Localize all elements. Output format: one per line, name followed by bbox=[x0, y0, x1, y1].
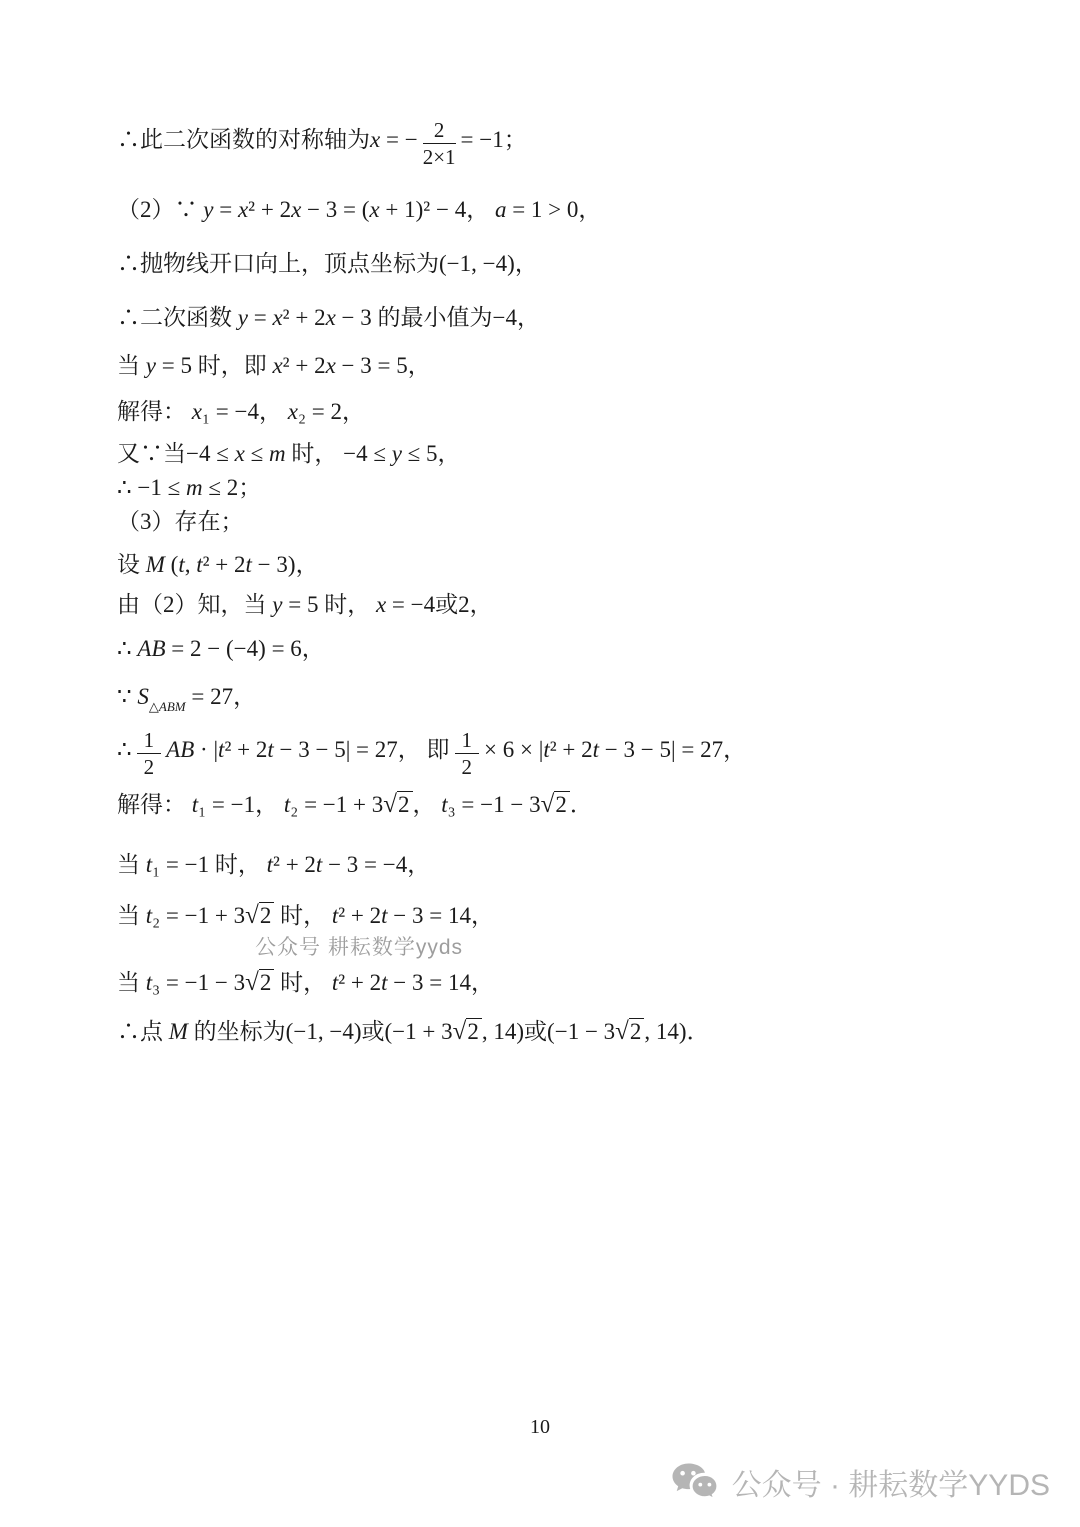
math-run: y = 5 bbox=[272, 592, 318, 617]
text-run: ， bbox=[296, 552, 319, 577]
inline-watermark: 公众号 耕耘数学yyds bbox=[255, 934, 1017, 961]
text-run: 设 bbox=[117, 552, 146, 577]
math-line: ∴12AB · |t² + 2t − 3 − 5| = 27， 即12× 6 ×… bbox=[117, 728, 1017, 779]
math-run: a = 1 > 0 bbox=[495, 197, 578, 222]
math-run: −4 ≤ y ≤ 5 bbox=[343, 441, 437, 466]
document-page: ∴此二次函数的对称轴为x = −22×1= −1；（2）∵ y = x² + 2… bbox=[0, 0, 1080, 1527]
text-run: ∴ bbox=[117, 737, 132, 762]
text-run: ； bbox=[504, 127, 527, 152]
math-run: , 14) bbox=[482, 1019, 524, 1044]
inline-watermark-text: 公众号 耕耘数学yyds bbox=[255, 936, 463, 959]
solution-text: ∴此二次函数的对称轴为x = −22×1= −1；（2）∵ y = x² + 2… bbox=[117, 118, 1017, 1066]
text-run: ， bbox=[438, 441, 461, 466]
text-run: 时， bbox=[274, 970, 332, 995]
math-line: 解得： t₁ = −1， t₂ = −1 + 3√2， t₃ = −1 − 3√… bbox=[117, 789, 1017, 822]
math-run: x = − bbox=[370, 127, 418, 152]
math-line: 由（2）知，当 y = 5 时， x = −4或2， bbox=[117, 590, 1017, 620]
math-run: M bbox=[169, 1019, 188, 1044]
math-line: ∴ −1 ≤ m ≤ 2； bbox=[117, 473, 1017, 503]
math-run: t₃ = −1 − 3 bbox=[146, 970, 245, 995]
text-run: ． bbox=[570, 792, 593, 817]
text-run: ∵ bbox=[117, 684, 137, 709]
math-line: （3）存在； bbox=[117, 507, 1017, 537]
math-run: y = x² + 2x − 3 bbox=[238, 305, 372, 330]
math-line: ∴ AB = 2 − (−4) = 6， bbox=[117, 634, 1017, 664]
wechat-icon bbox=[671, 1461, 719, 1503]
text-run: ， bbox=[470, 592, 493, 617]
fraction: 12 bbox=[455, 728, 480, 779]
fraction: 22×1 bbox=[423, 118, 456, 169]
text-run: 或 bbox=[524, 1019, 547, 1044]
math-run: x² + 2x − 3 = 5 bbox=[272, 353, 407, 378]
math-run: x₁ = −4 bbox=[192, 399, 259, 424]
math-run: x₂ = 2 bbox=[288, 399, 342, 424]
math-run: x = −4 bbox=[376, 592, 435, 617]
square-root: √2 bbox=[453, 1019, 482, 1044]
text-run: 当 bbox=[117, 852, 146, 877]
text-run: ∴ bbox=[117, 475, 137, 500]
footer-watermark-text: 公众号 · 耕耘数学YYDS bbox=[732, 1460, 1050, 1504]
math-run: = −1 bbox=[461, 127, 504, 152]
math-run: (−1, −4) bbox=[286, 1019, 362, 1044]
math-line: ∴此二次函数的对称轴为x = −22×1= −1； bbox=[117, 118, 1017, 169]
square-root: √2 bbox=[383, 792, 412, 817]
text-run: ， bbox=[471, 903, 494, 928]
text-run: ， bbox=[413, 792, 442, 817]
text-run: 或 bbox=[361, 1019, 384, 1044]
math-run: = 27 bbox=[186, 684, 233, 709]
math-line: （2）∵ y = x² + 2x − 3 = (x + 1)² − 4， a =… bbox=[117, 195, 1017, 225]
text-run: 当 bbox=[117, 903, 146, 928]
math-run: y = x² + 2x − 3 = (x + 1)² − 4 bbox=[203, 197, 466, 222]
math-run: S bbox=[137, 684, 149, 709]
math-run: t₂ = −1 + 3 bbox=[146, 903, 245, 928]
math-subscript: △ABM bbox=[149, 699, 186, 714]
text-run: ∴二次函数 bbox=[117, 305, 238, 330]
text-run: 时，即 bbox=[192, 353, 273, 378]
math-run: t² + 2t − 3 = 14 bbox=[332, 970, 471, 995]
fraction: 12 bbox=[137, 728, 162, 779]
math-line: ∴点 M 的坐标为(−1, −4)或(−1 + 3√2, 14)或(−1 − 3… bbox=[117, 1016, 1017, 1049]
text-run: ∴ bbox=[117, 636, 137, 661]
math-run: t₁ = −1 bbox=[146, 852, 209, 877]
text-run: ， bbox=[517, 305, 540, 330]
math-line: ∴二次函数 y = x² + 2x − 3 的最小值为−4， bbox=[117, 303, 1017, 333]
math-line: 又∵当−4 ≤ x ≤ m 时， −4 ≤ y ≤ 5， bbox=[117, 439, 1017, 469]
text-run: ， bbox=[255, 792, 284, 817]
math-line: 解得： x₁ = −4， x₂ = 2， bbox=[117, 397, 1017, 427]
math-line: 当 t₁ = −1 时， t² + 2t − 3 = −4， bbox=[117, 850, 1017, 880]
text-run: 时， bbox=[318, 592, 376, 617]
square-root: √2 bbox=[541, 792, 570, 817]
math-run: (−1 − 3 bbox=[547, 1019, 615, 1044]
text-run: 时， bbox=[274, 903, 332, 928]
math-run: t₃ = −1 − 3 bbox=[441, 792, 540, 817]
math-run: t₁ = −1 bbox=[192, 792, 255, 817]
math-run: 2 bbox=[458, 592, 470, 617]
math-line: ∴抛物线开口向上，顶点坐标为(−1, −4)， bbox=[117, 249, 1017, 279]
text-run: ∴抛物线开口向上，顶点坐标为 bbox=[117, 251, 439, 276]
text-run: 由（2）知，当 bbox=[117, 592, 272, 617]
square-root: √2 bbox=[245, 970, 274, 995]
text-run: ， bbox=[407, 852, 430, 877]
text-run: 又∵当 bbox=[117, 441, 186, 466]
page-number: 10 bbox=[0, 1416, 1080, 1439]
text-run: ∴此二次函数的对称轴为 bbox=[117, 127, 370, 152]
math-run: y = 5 bbox=[146, 353, 192, 378]
math-line: 当 t₂ = −1 + 3√2 时， t² + 2t − 3 = 14， bbox=[117, 900, 1017, 933]
text-run: （2）∵ bbox=[117, 197, 203, 222]
text-run: ， bbox=[408, 353, 431, 378]
text-run: 解得： bbox=[117, 792, 192, 817]
text-run: 的最小值为 bbox=[372, 305, 493, 330]
text-run: ， bbox=[466, 197, 495, 222]
math-line: 设 M (t, t² + 2t − 3)， bbox=[117, 550, 1017, 580]
text-run: ， bbox=[723, 737, 746, 762]
text-run: 的坐标为 bbox=[188, 1019, 286, 1044]
math-run: −1 ≤ m ≤ 2 bbox=[137, 475, 238, 500]
text-run: 当 bbox=[117, 353, 146, 378]
math-run: (−1, −4) bbox=[439, 251, 515, 276]
math-run: AB · |t² + 2t − 3 − 5| = 27 bbox=[166, 737, 398, 762]
text-run: ； bbox=[238, 475, 261, 500]
text-run: ， 即 bbox=[398, 737, 450, 762]
text-run: ． bbox=[687, 1019, 710, 1044]
math-run: AB = 2 − (−4) = 6 bbox=[137, 636, 301, 661]
math-run: , 14) bbox=[644, 1019, 686, 1044]
text-run: 或 bbox=[435, 592, 458, 617]
math-line: 当 y = 5 时，即 x² + 2x − 3 = 5， bbox=[117, 351, 1017, 381]
text-run: ， bbox=[233, 684, 256, 709]
text-run: ， bbox=[578, 197, 601, 222]
math-run: (−1 + 3 bbox=[384, 1019, 452, 1044]
math-run: t₂ = −1 + 3 bbox=[284, 792, 383, 817]
text-run: 时， bbox=[209, 852, 267, 877]
text-run: 时， bbox=[286, 441, 344, 466]
text-run: ， bbox=[302, 636, 325, 661]
text-run: ∴点 bbox=[117, 1019, 169, 1044]
text-run: 解得： bbox=[117, 399, 192, 424]
math-run: t² + 2t − 3 = 14 bbox=[332, 903, 471, 928]
text-run: ， bbox=[515, 251, 538, 276]
math-run: × 6 × |t² + 2t − 3 − 5| = 27 bbox=[484, 737, 723, 762]
math-line: ∵ S△ABM = 27， bbox=[117, 682, 1017, 716]
text-run: ， bbox=[259, 399, 288, 424]
text-run: （3）存在； bbox=[117, 509, 244, 534]
math-line: 当 t₃ = −1 − 3√2 时， t² + 2t − 3 = 14， bbox=[117, 967, 1017, 1000]
math-run: −4 ≤ x ≤ m bbox=[186, 441, 286, 466]
text-run: 当 bbox=[117, 970, 146, 995]
math-run: t² + 2t − 3 = −4 bbox=[267, 852, 408, 877]
footer-watermark: 公众号 · 耕耘数学YYDS bbox=[671, 1460, 1050, 1504]
math-run: −4 bbox=[493, 305, 517, 330]
square-root: √2 bbox=[245, 903, 274, 928]
math-run: M (t, t² + 2t − 3) bbox=[146, 552, 296, 577]
square-root: √2 bbox=[615, 1019, 644, 1044]
text-run: ， bbox=[471, 970, 494, 995]
text-run: ， bbox=[342, 399, 365, 424]
